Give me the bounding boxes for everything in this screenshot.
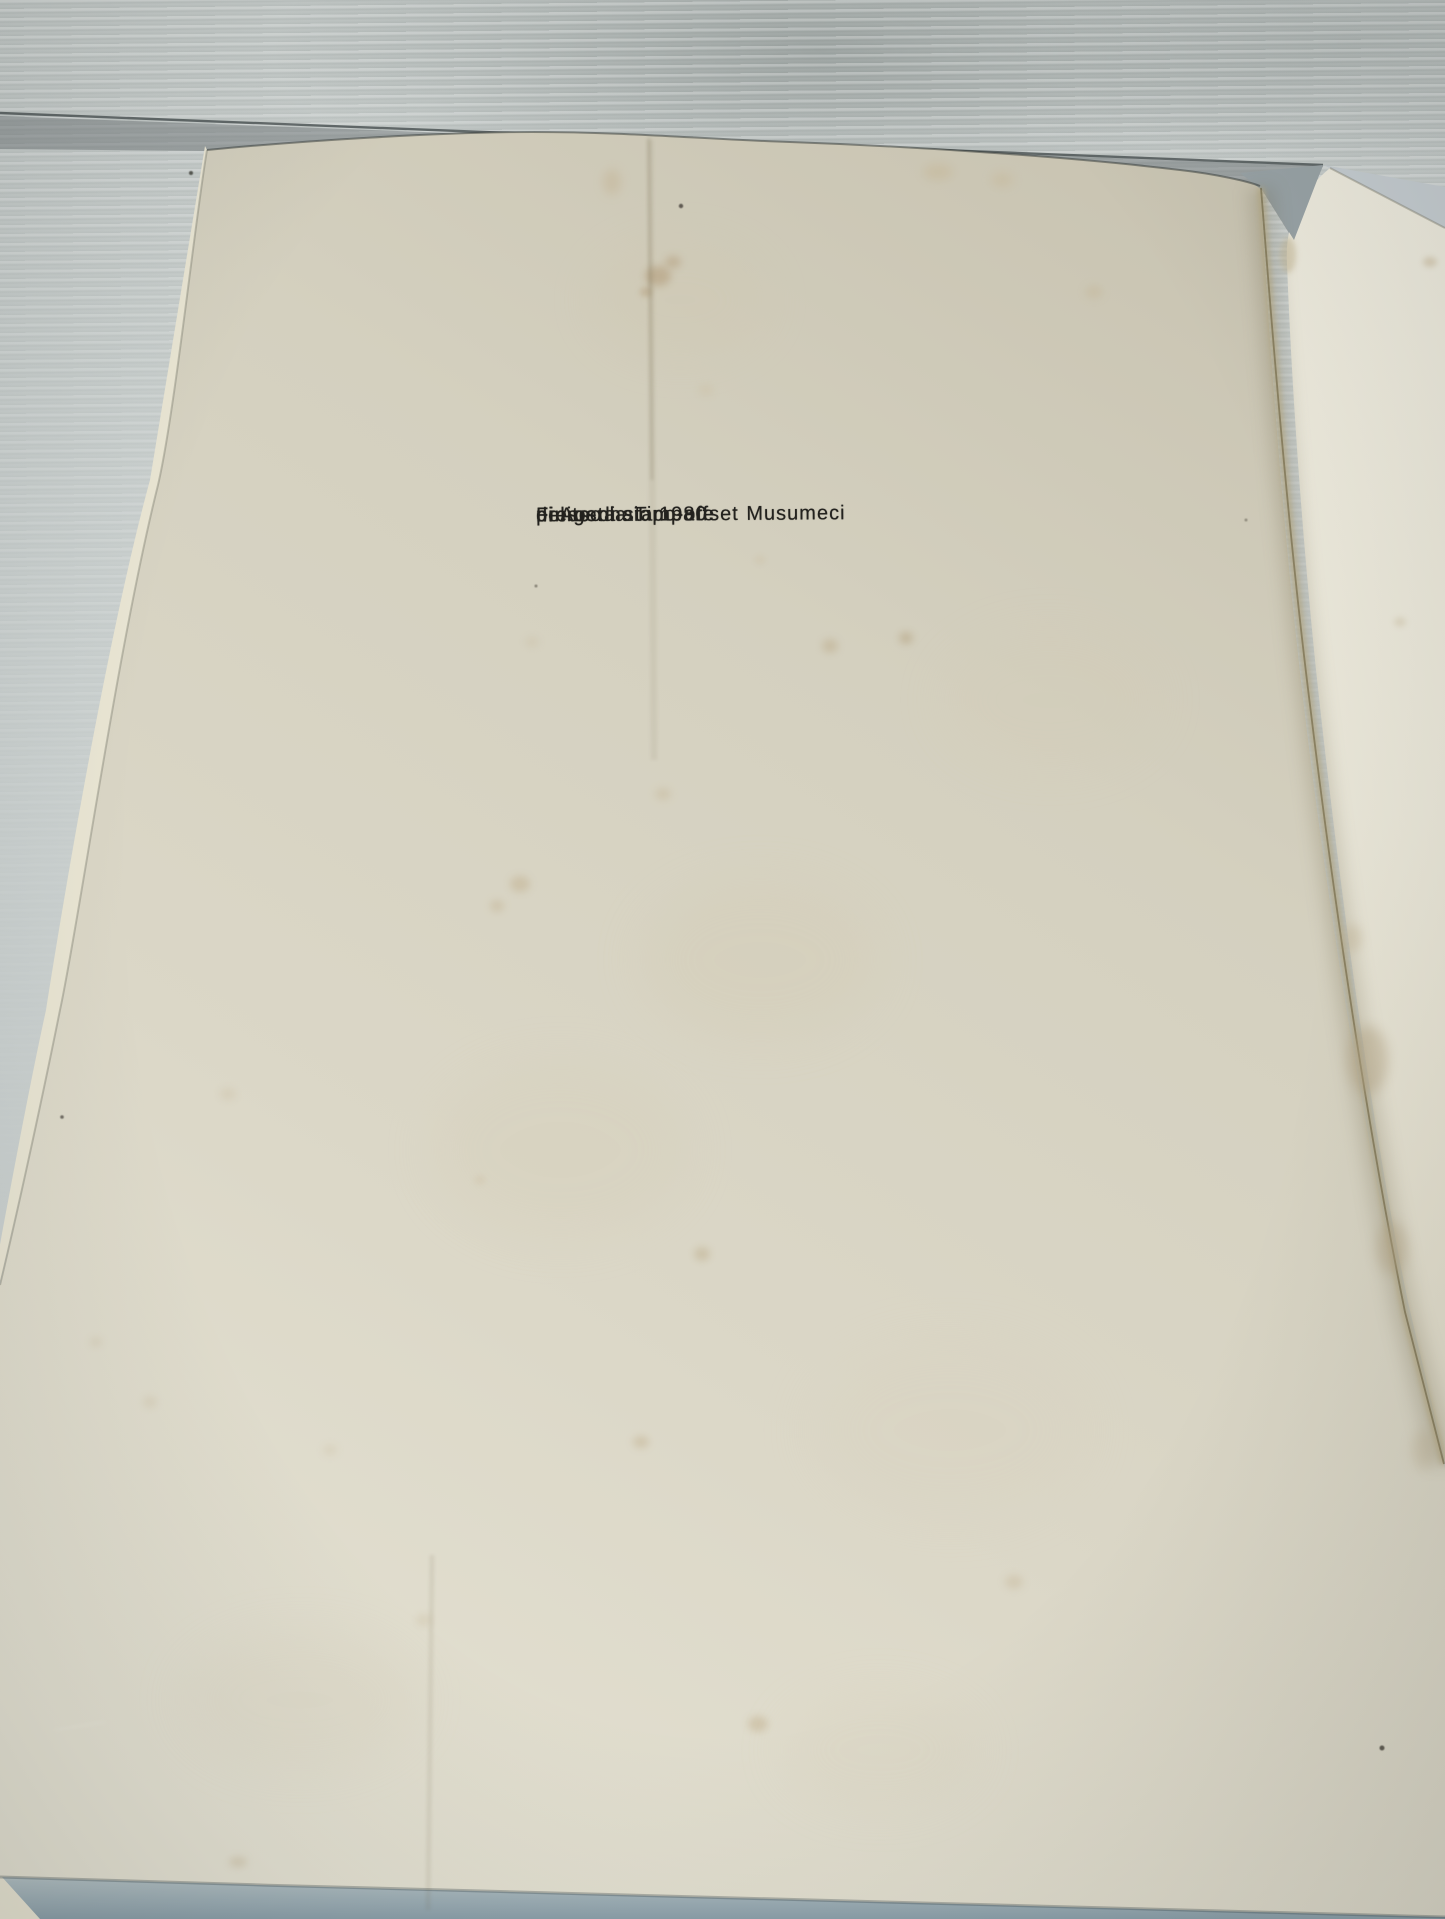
book-photo-scene: Finito di stampare nel gennaio 1980 pres… [0, 0, 1445, 1919]
colophon-line-4: di Aosta [536, 504, 616, 527]
open-book [0, 0, 1445, 1919]
